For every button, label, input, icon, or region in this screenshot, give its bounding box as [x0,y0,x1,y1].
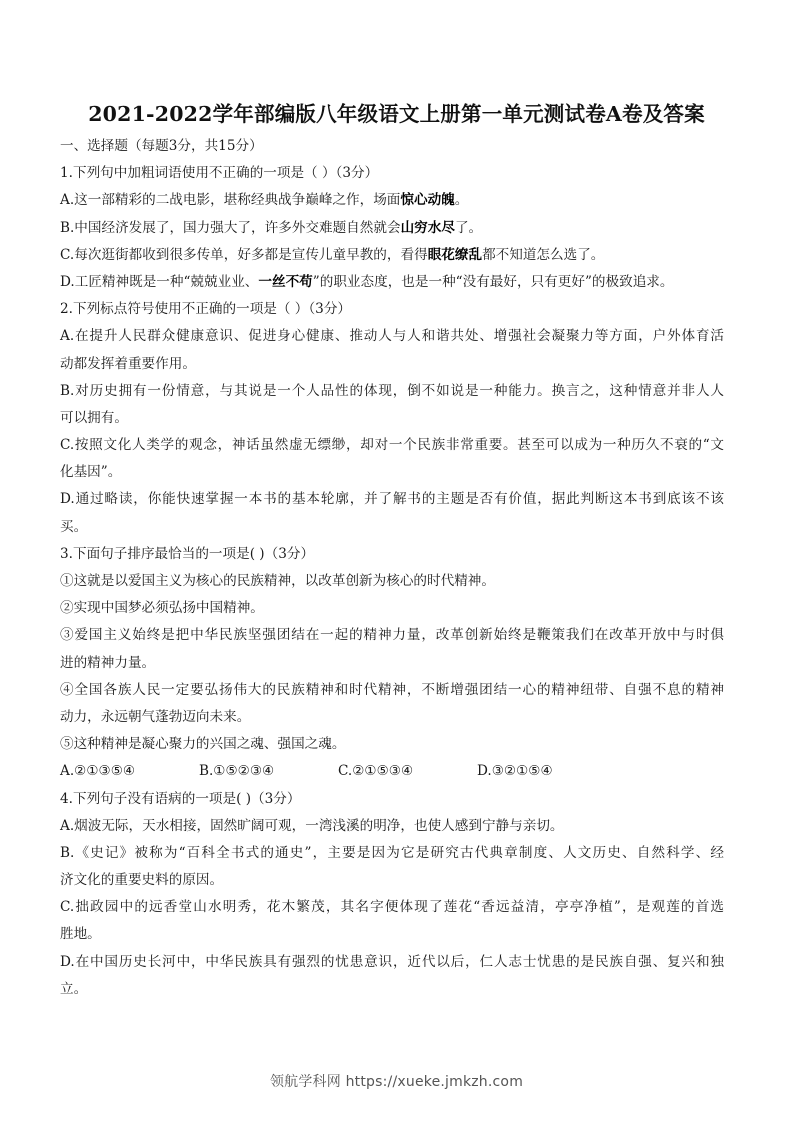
question-2-option-a-line1: A.在提升人民群众健康意识、促进身心健康、推动人与人和谐共处、增强社会凝聚力等方… [60,323,724,350]
document-title: 2021-2022学年部编版八年级语文上册第一单元测试卷A卷及答案 [0,97,793,127]
question-1-option-c: C.每次逛街都收到很多传单，好多都是宣传儿童早教的，看得眼花缭乱都不知道怎么选了… [60,242,724,269]
document-body: 一、选择题（每题3分，共15分） 1.下列句中加粗词语使用不正确的一项是（ ）（… [60,133,724,1003]
footer-watermark: 领航学科网 https://xueke.jmkzh.com [0,1071,793,1091]
question-2-stem: 2.下列标点符号使用不正确的一项是（ ）（3分） [60,296,724,323]
bold-term: 惊心动魄 [400,192,454,208]
choice-a: A.②①③⑤④ [60,758,199,785]
section-header: 一、选择题（每题3分，共15分） [60,133,724,160]
question-3-sentence-3-line1: ③爱国主义始终是把中华民族坚强团结在一起的精神力量，改革创新始终是鞭策我们在改革… [60,622,724,649]
question-2-option-d-line2: 买。 [60,514,724,541]
choice-d: D.③②①⑤④ [477,758,616,785]
question-2-option-a-line2: 动都发挥着重要作用。 [60,351,724,378]
question-4-option-c-line1: C.拙政园中的远香堂山水明秀，花木繁茂，其名字便体现了莲花“香远益清，亭亭净植”… [60,894,724,921]
question-4-option-c-line2: 胜地。 [60,921,724,948]
question-3-choices: A.②①③⑤④ B.①⑤②③④ C.②①⑤③④ D.③②①⑤④ [60,758,724,785]
question-1-option-d: D.工匠精神既是一种“兢兢业业、一丝不苟”的职业态度，也是一种“没有最好，只有更… [60,269,724,296]
bold-term: 一丝不苟 [258,274,312,290]
question-3-sentence-5: ⑤这种精神是凝心聚力的兴国之魂、强国之魂。 [60,731,724,758]
option-text: B.中国经济发展了，国力强大了，许多外交难题自然就会 [60,220,401,236]
question-4-option-b-line1: B.《史记》被称为“百科全书式的通史”，主要是因为它是研究古代典章制度、人文历史… [60,840,724,867]
question-2-option-c-line1: C.按照文化人类学的观念，神话虽然虚无缥缈，却对一个民族非常重要。甚至可以成为一… [60,432,724,459]
question-2-option-b-line1: B.对历史拥有一份情意，与其说是一个人品性的体现，倒不如说是一种能力。换言之，这… [60,378,724,405]
choice-c: C.②①⑤③④ [338,758,477,785]
question-4-option-d-line2: 立。 [60,976,724,1003]
question-2-option-d-line1: D.通过略读，你能快速掌握一本书的基本轮廓，并了解书的主题是否有价值，据此判断这… [60,486,724,513]
question-3-sentence-3-line2: 进的精神力量。 [60,650,724,677]
option-text: 。 [455,192,469,208]
question-1-option-b: B.中国经济发展了，国力强大了，许多外交难题自然就会山穷水尽了。 [60,215,724,242]
question-1-option-a: A.这一部精彩的二战电影，堪称经典战争巅峰之作，场面惊心动魄。 [60,187,724,214]
question-3-sentence-1: ①这就是以爱国主义为核心的民族精神，以改革创新为核心的时代精神。 [60,568,724,595]
question-4-option-d-line1: D.在中国历史长河中，中华民族具有强烈的忧患意识，近代以后，仁人志士忧患的是民族… [60,949,724,976]
option-text: 了。 [455,220,482,236]
question-1-stem: 1.下列句中加粗词语使用不正确的一项是（ ）（3分） [60,160,724,187]
question-4-option-b-line2: 济文化的重要史料的原因。 [60,867,724,894]
bold-term: 山穷水尽 [401,220,455,236]
option-text: 都不知道怎么选了。 [482,247,604,263]
option-text: C.每次逛街都收到很多传单，好多都是宣传儿童早教的，看得 [60,247,428,263]
question-3-stem: 3.下面句子排序最恰当的一项是( )（3分） [60,541,724,568]
option-text: D.工匠精神既是一种“兢兢业业、 [60,274,258,290]
question-3-sentence-4-line2: 动力，永远朝气蓬勃迈向未来。 [60,704,724,731]
option-text: ”的职业态度，也是一种“没有最好，只有更好”的极致追求。 [313,274,674,290]
option-text: A.这一部精彩的二战电影，堪称经典战争巅峰之作，场面 [60,192,400,208]
choice-b: B.①⑤②③④ [199,758,338,785]
document-page: 2021-2022学年部编版八年级语文上册第一单元测试卷A卷及答案 一、选择题（… [0,0,793,1122]
question-4-stem: 4.下列句子没有语病的一项是( )（3分） [60,786,724,813]
question-4-option-a: A.烟波无际，天水相接，固然旷阔可观，一湾浅溪的明净，也使人感到宁静与亲切。 [60,813,724,840]
bold-term: 眼花缭乱 [428,247,482,263]
question-3-sentence-2: ②实现中国梦必须弘扬中国精神。 [60,595,724,622]
question-2-option-b-line2: 可以拥有。 [60,405,724,432]
question-2-option-c-line2: 化基因”。 [60,459,724,486]
question-3-sentence-4-line1: ④全国各族人民一定要弘扬伟大的民族精神和时代精神，不断增强团结一心的精神纽带、自… [60,677,724,704]
